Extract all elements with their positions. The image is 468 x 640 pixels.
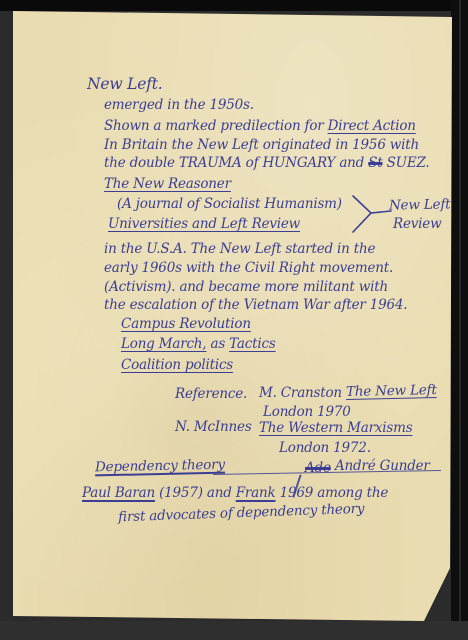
backdrop-top-band [0, 0, 468, 11]
reference-title: The New Left [346, 384, 437, 399]
note-line: Paul Baran (1957) and Frank 1969 among t… [82, 487, 388, 501]
note-line: in the U.S.A. The New Left started in th… [104, 243, 375, 257]
underlined-phrase-tactics: Tactics [229, 336, 275, 352]
underlined-topic-coalition-politics: Coalition politics [121, 359, 233, 373]
reference-author: M. Cranston [259, 387, 342, 401]
note-paper: New Left. emerged in the 1950s. Shown a … [13, 10, 453, 622]
crossed-out-word: St [368, 155, 382, 171]
note-line: early 1960s with the Civil Right movemen… [104, 262, 393, 276]
underlined-heading-dependency-theory: Dependency theory [95, 459, 225, 475]
note-line: Shown a marked predilection for Direct A… [104, 120, 416, 134]
reference-label: Reference. [175, 388, 247, 402]
book-spine-edge [459, 0, 461, 640]
backdrop-bottom-band [0, 621, 468, 640]
underlined-topic-campus-revolution: Campus Revolution [121, 318, 251, 332]
line-text: SUEZ. [383, 155, 430, 171]
note-line: (A journal of Socialist Humanism) [117, 198, 342, 212]
note-heading: New Left. [87, 77, 163, 93]
underlined-title-universities-left-review: Universities and Left Review [108, 218, 300, 232]
underlined-name-frank: Frank [236, 485, 276, 501]
underlined-phrase-long-march: Long March, [121, 336, 206, 352]
reference-publisher: London 1970 [263, 406, 351, 420]
crossed-out-word: Ade [305, 462, 331, 476]
line-text: as [206, 336, 229, 352]
reference-title: The Western Marxisms [259, 422, 412, 436]
note-line: (Activism). and became more militant wit… [104, 281, 388, 295]
side-annotation: Review [393, 218, 441, 232]
line-text: the double TRAUMA of HUNGARY and [104, 155, 368, 171]
brace-stroke [349, 193, 393, 235]
line-text: (1957) and [155, 485, 236, 501]
note-line: emerged in the 1950s. [104, 99, 254, 113]
note-line: Long March, as Tactics [121, 338, 276, 352]
side-annotation: New Left [389, 198, 451, 213]
underlined-title-new-reasoner: The New Reasoner [104, 178, 231, 192]
line-text: Shown a marked predilection for [104, 118, 328, 134]
note-line: the double TRAUMA of HUNGARY and St SUEZ… [104, 157, 430, 171]
underlined-name-paul-baran: Paul Baran [82, 485, 155, 501]
photo-backdrop: New Left. emerged in the 1950s. Shown a … [0, 0, 468, 640]
inserted-author-name: André Gunder [335, 460, 430, 474]
underlined-phrase-direct-action: Direct Action [328, 118, 416, 134]
reference-publisher: London 1972. [279, 442, 371, 456]
note-line: In Britain the New Left originated in 19… [104, 139, 419, 153]
note-line: first advocates of dependency theory [118, 503, 365, 525]
reference-author: N. McInnes [175, 421, 252, 435]
note-line: the escalation of the Vietnam War after … [104, 299, 407, 313]
